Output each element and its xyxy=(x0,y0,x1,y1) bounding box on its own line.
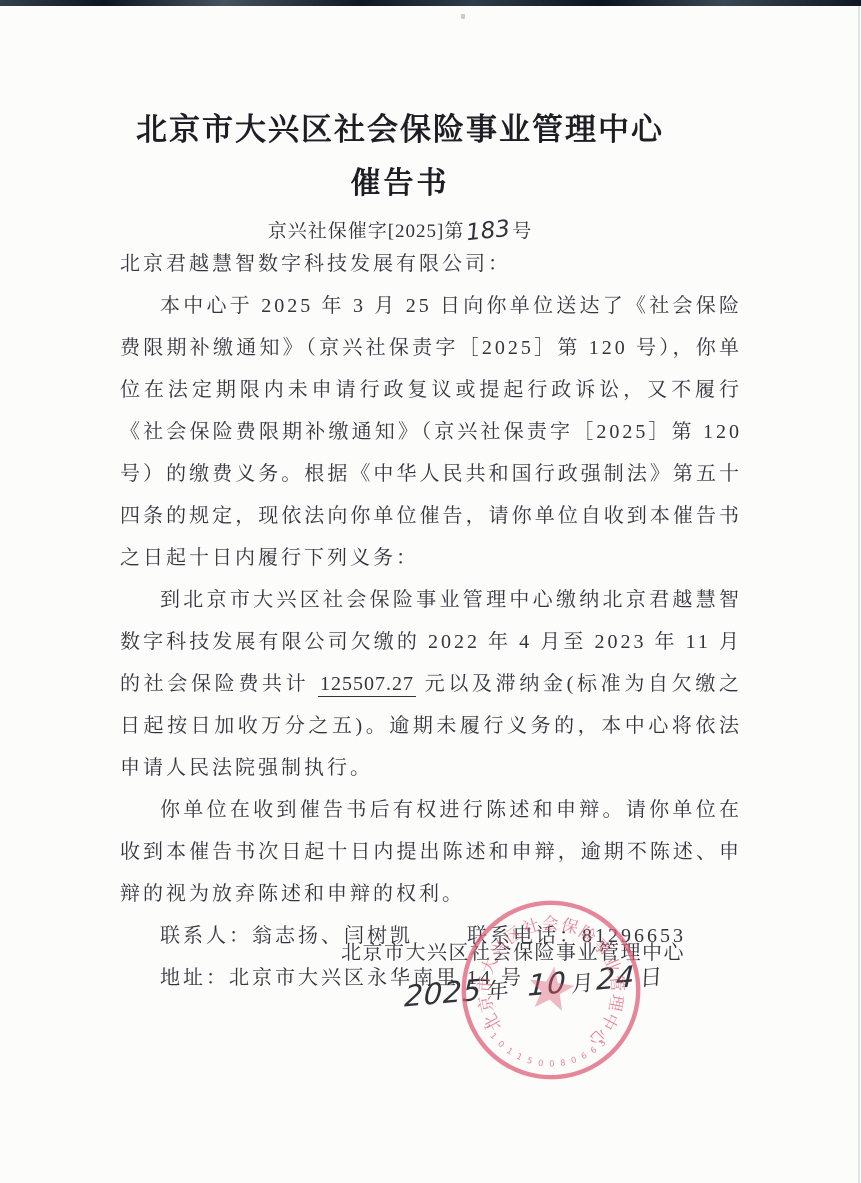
reference-number-line: 京兴社保催字[2025]第183号 xyxy=(0,216,800,243)
svg-text:0: 0 xyxy=(496,1039,507,1050)
svg-text:北: 北 xyxy=(481,1010,506,1034)
svg-text:5: 5 xyxy=(526,1055,534,1066)
reference-number-handwritten: 183 xyxy=(465,216,511,246)
svg-text:1: 1 xyxy=(505,1045,515,1056)
date-day-label: 日 xyxy=(639,965,662,992)
date-year-label: 年 xyxy=(486,978,509,1005)
svg-text:3: 3 xyxy=(597,1037,608,1048)
svg-text:1: 1 xyxy=(488,1031,499,1041)
date-year: 2025 xyxy=(404,972,483,1013)
document-type-title: 催告书 xyxy=(0,158,800,202)
svg-text:0: 0 xyxy=(570,1054,578,1065)
svg-text:中: 中 xyxy=(597,1009,622,1033)
date-month: 10 xyxy=(527,965,568,1003)
date-month-label: 月 xyxy=(571,971,594,998)
svg-text:1: 1 xyxy=(482,1022,493,1032)
reference-prefix: 京兴社保催字[2025]第 xyxy=(268,221,465,242)
paragraph-notice: 本中心于 2025 年 3 月 25 日向你单位送达了《社会保险费限期补缴通知》… xyxy=(120,285,742,579)
scan-edge-artifact-right xyxy=(858,6,860,1183)
date-day: 24 xyxy=(596,959,637,997)
document-header: 北京市大兴区社会保险事业管理中心 催告书 京兴社保催字[2025]第183号 xyxy=(0,104,800,243)
page-title: 北京市大兴区社会保险事业管理中心 xyxy=(0,104,800,149)
document-page: 北京市大兴区社会保险事业管理中心 催告书 京兴社保催字[2025]第183号 北… xyxy=(0,0,861,1183)
recipient-line: 北京君越慧智数字科技发展有限公司： xyxy=(120,243,742,285)
document-body: 北京君越慧智数字科技发展有限公司： 本中心于 2025 年 3 月 25 日向你… xyxy=(120,243,742,999)
svg-text:6: 6 xyxy=(588,1044,598,1055)
svg-text:8: 8 xyxy=(559,1057,566,1068)
paragraph-obligation: 到北京市大兴区社会保险事业管理中心缴纳北京君越慧智数字科技发展有限公司欠缴的 2… xyxy=(120,579,742,789)
svg-text:0: 0 xyxy=(549,1058,554,1068)
seal-code-text: 1101150080663 xyxy=(477,1021,608,1077)
svg-text:0: 0 xyxy=(537,1057,544,1068)
svg-text:1: 1 xyxy=(515,1051,524,1062)
paragraph-rights: 你单位在收到催告书后有权进行陈述和申辩。请你单位在收到本催告书次日起十日内提出陈… xyxy=(120,789,742,915)
svg-text:6: 6 xyxy=(579,1050,588,1061)
reference-suffix: 号 xyxy=(512,221,532,242)
scan-edge-artifact-top xyxy=(0,0,861,6)
amount-due-underlined: 125507.27 xyxy=(318,673,416,697)
scan-speck-artifact xyxy=(461,14,465,19)
svg-text:心: 心 xyxy=(584,1024,610,1050)
